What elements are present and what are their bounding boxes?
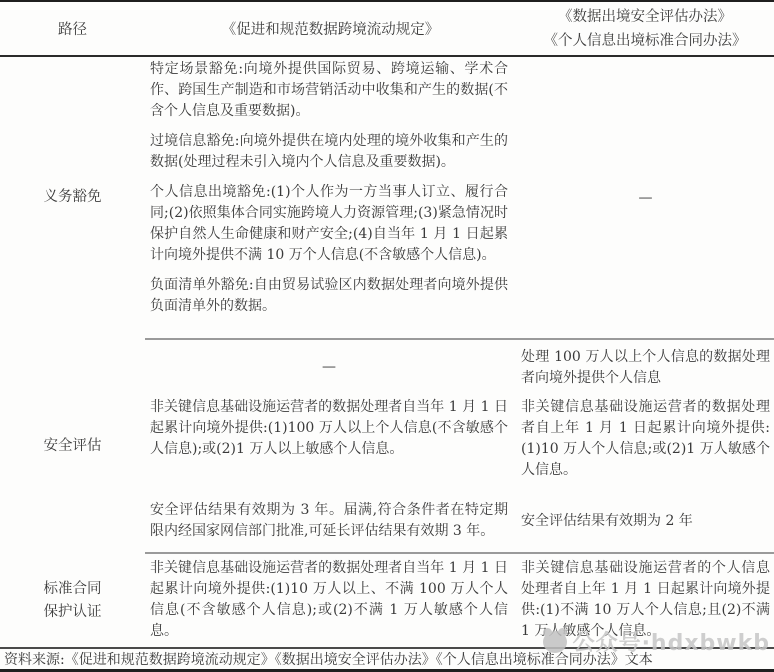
row-standard-contract-certification: 标准合同 保护认证 非关键信息基础设施运营者的数据处理者自当年 1 月 1 日起… xyxy=(0,554,774,647)
row-security-assessment: 安全评估 — 处理 100 万人以上个人信息的数据处理者向境外提供个人信息 非关… xyxy=(0,340,774,552)
em-dash-placeholder: — xyxy=(639,190,653,206)
data-export-regulation-table: 路径 《促进和规范数据跨境流动规定》 《数据出境安全评估办法》 《个人信息出境标… xyxy=(0,0,774,672)
row-label-standard-contract-certification: 标准合同 保护认证 xyxy=(0,554,145,647)
header-regulation-title: 《促进和规范数据跨境流动规定》 xyxy=(145,18,516,39)
security-assessment-pair-2: 非关键信息基础设施运营者的数据处理者自当年 1 月 1 日起累计向境外提供:(1… xyxy=(145,395,774,492)
security-assessment-cells: — 处理 100 万人以上个人信息的数据处理者向境外提供个人信息 非关键信息基础… xyxy=(145,340,774,552)
security-assessment-pair-3: 安全评估结果有效期为 3 年。届满,符合条件者在特定期限内经国家网信部门批准,可… xyxy=(145,492,774,550)
row-label-obligation-exemption: 义务豁免 xyxy=(0,57,145,338)
standard-contract-regulation-cell: 非关键信息基础设施运营者的数据处理者自当年 1 月 1 日起累计向境外提供:(1… xyxy=(145,554,516,647)
label-standard-contract: 标准合同 xyxy=(44,578,102,601)
obligation-exemption-regulation-cell: 特定场景豁免:向境外提供国际贸易、跨境运输、学术合作、跨国生产制造和市场营销活动… xyxy=(145,57,516,338)
em-dash-placeholder: — xyxy=(145,357,516,378)
label-protection-certification: 保护认证 xyxy=(44,601,102,624)
source-note: 资料来源:《促进和规范数据跨境流动规定》《数据出境安全评估办法》《个人信息出境标… xyxy=(0,649,774,669)
cell-non-ciio-regulation: 非关键信息基础设施运营者的数据处理者自当年 1 月 1 日起累计向境外提供:(1… xyxy=(145,397,516,460)
security-assessment-pair-1: — 处理 100 万人以上个人信息的数据处理者向境外提供个人信息 xyxy=(145,340,774,395)
cell-validity-2-years: 安全评估结果有效期为 2 年 xyxy=(516,511,774,532)
paragraph-negative-list-exemption: 负面清单外豁免:自由贸易试验区内数据处理者向境外提供负面清单外的数据。 xyxy=(150,275,508,317)
header-measures-titles: 《数据出境安全评估办法》 《个人信息出境标准合同办法》 xyxy=(516,5,774,53)
paragraph-specific-scenario-exemption: 特定场景豁免:向境外提供国际贸易、跨境运输、学术合作、跨国生产制造和市场营销活动… xyxy=(150,59,508,122)
table-header-row: 路径 《促进和规范数据跨境流动规定》 《数据出境安全评估办法》 《个人信息出境标… xyxy=(0,2,774,55)
obligation-exemption-measures-cell: — xyxy=(516,57,774,338)
paragraph-transit-info-exemption: 过境信息豁免:向境外提供在境内处理的境外收集和产生的数据(处理过程未引入境内个人… xyxy=(150,131,508,173)
standard-contract-measures-cell: 非关键信息基础设施运营者的个人信息处理者自上年 1 月 1 日起累计向境外提供:… xyxy=(516,554,774,647)
cell-non-ciio-measures: 非关键信息基础设施运营者的数据处理者自上年 1 月 1 日起累计向境外提供:(1… xyxy=(516,397,774,481)
header-measures-title-1: 《数据出境安全评估办法》 xyxy=(516,5,774,29)
cell-100w-threshold: 处理 100 万人以上个人信息的数据处理者向境外提供个人信息 xyxy=(516,347,774,389)
cell-validity-3-years: 安全评估结果有效期为 3 年。届满,符合条件者在特定期限内经国家网信部门批准,可… xyxy=(145,500,516,542)
paragraph-personal-info-exemption: 个人信息出境豁免:(1)个人作为一方当事人订立、履行合同;(2)依照集体合同实施… xyxy=(150,182,508,266)
row-obligation-exemption: 义务豁免 特定场景豁免:向境外提供国际贸易、跨境运输、学术合作、跨国生产制造和市… xyxy=(0,57,774,338)
header-measures-title-2: 《个人信息出境标准合同办法》 xyxy=(516,29,774,53)
header-path-label: 路径 xyxy=(0,18,145,39)
row-label-security-assessment: 安全评估 xyxy=(0,340,145,552)
